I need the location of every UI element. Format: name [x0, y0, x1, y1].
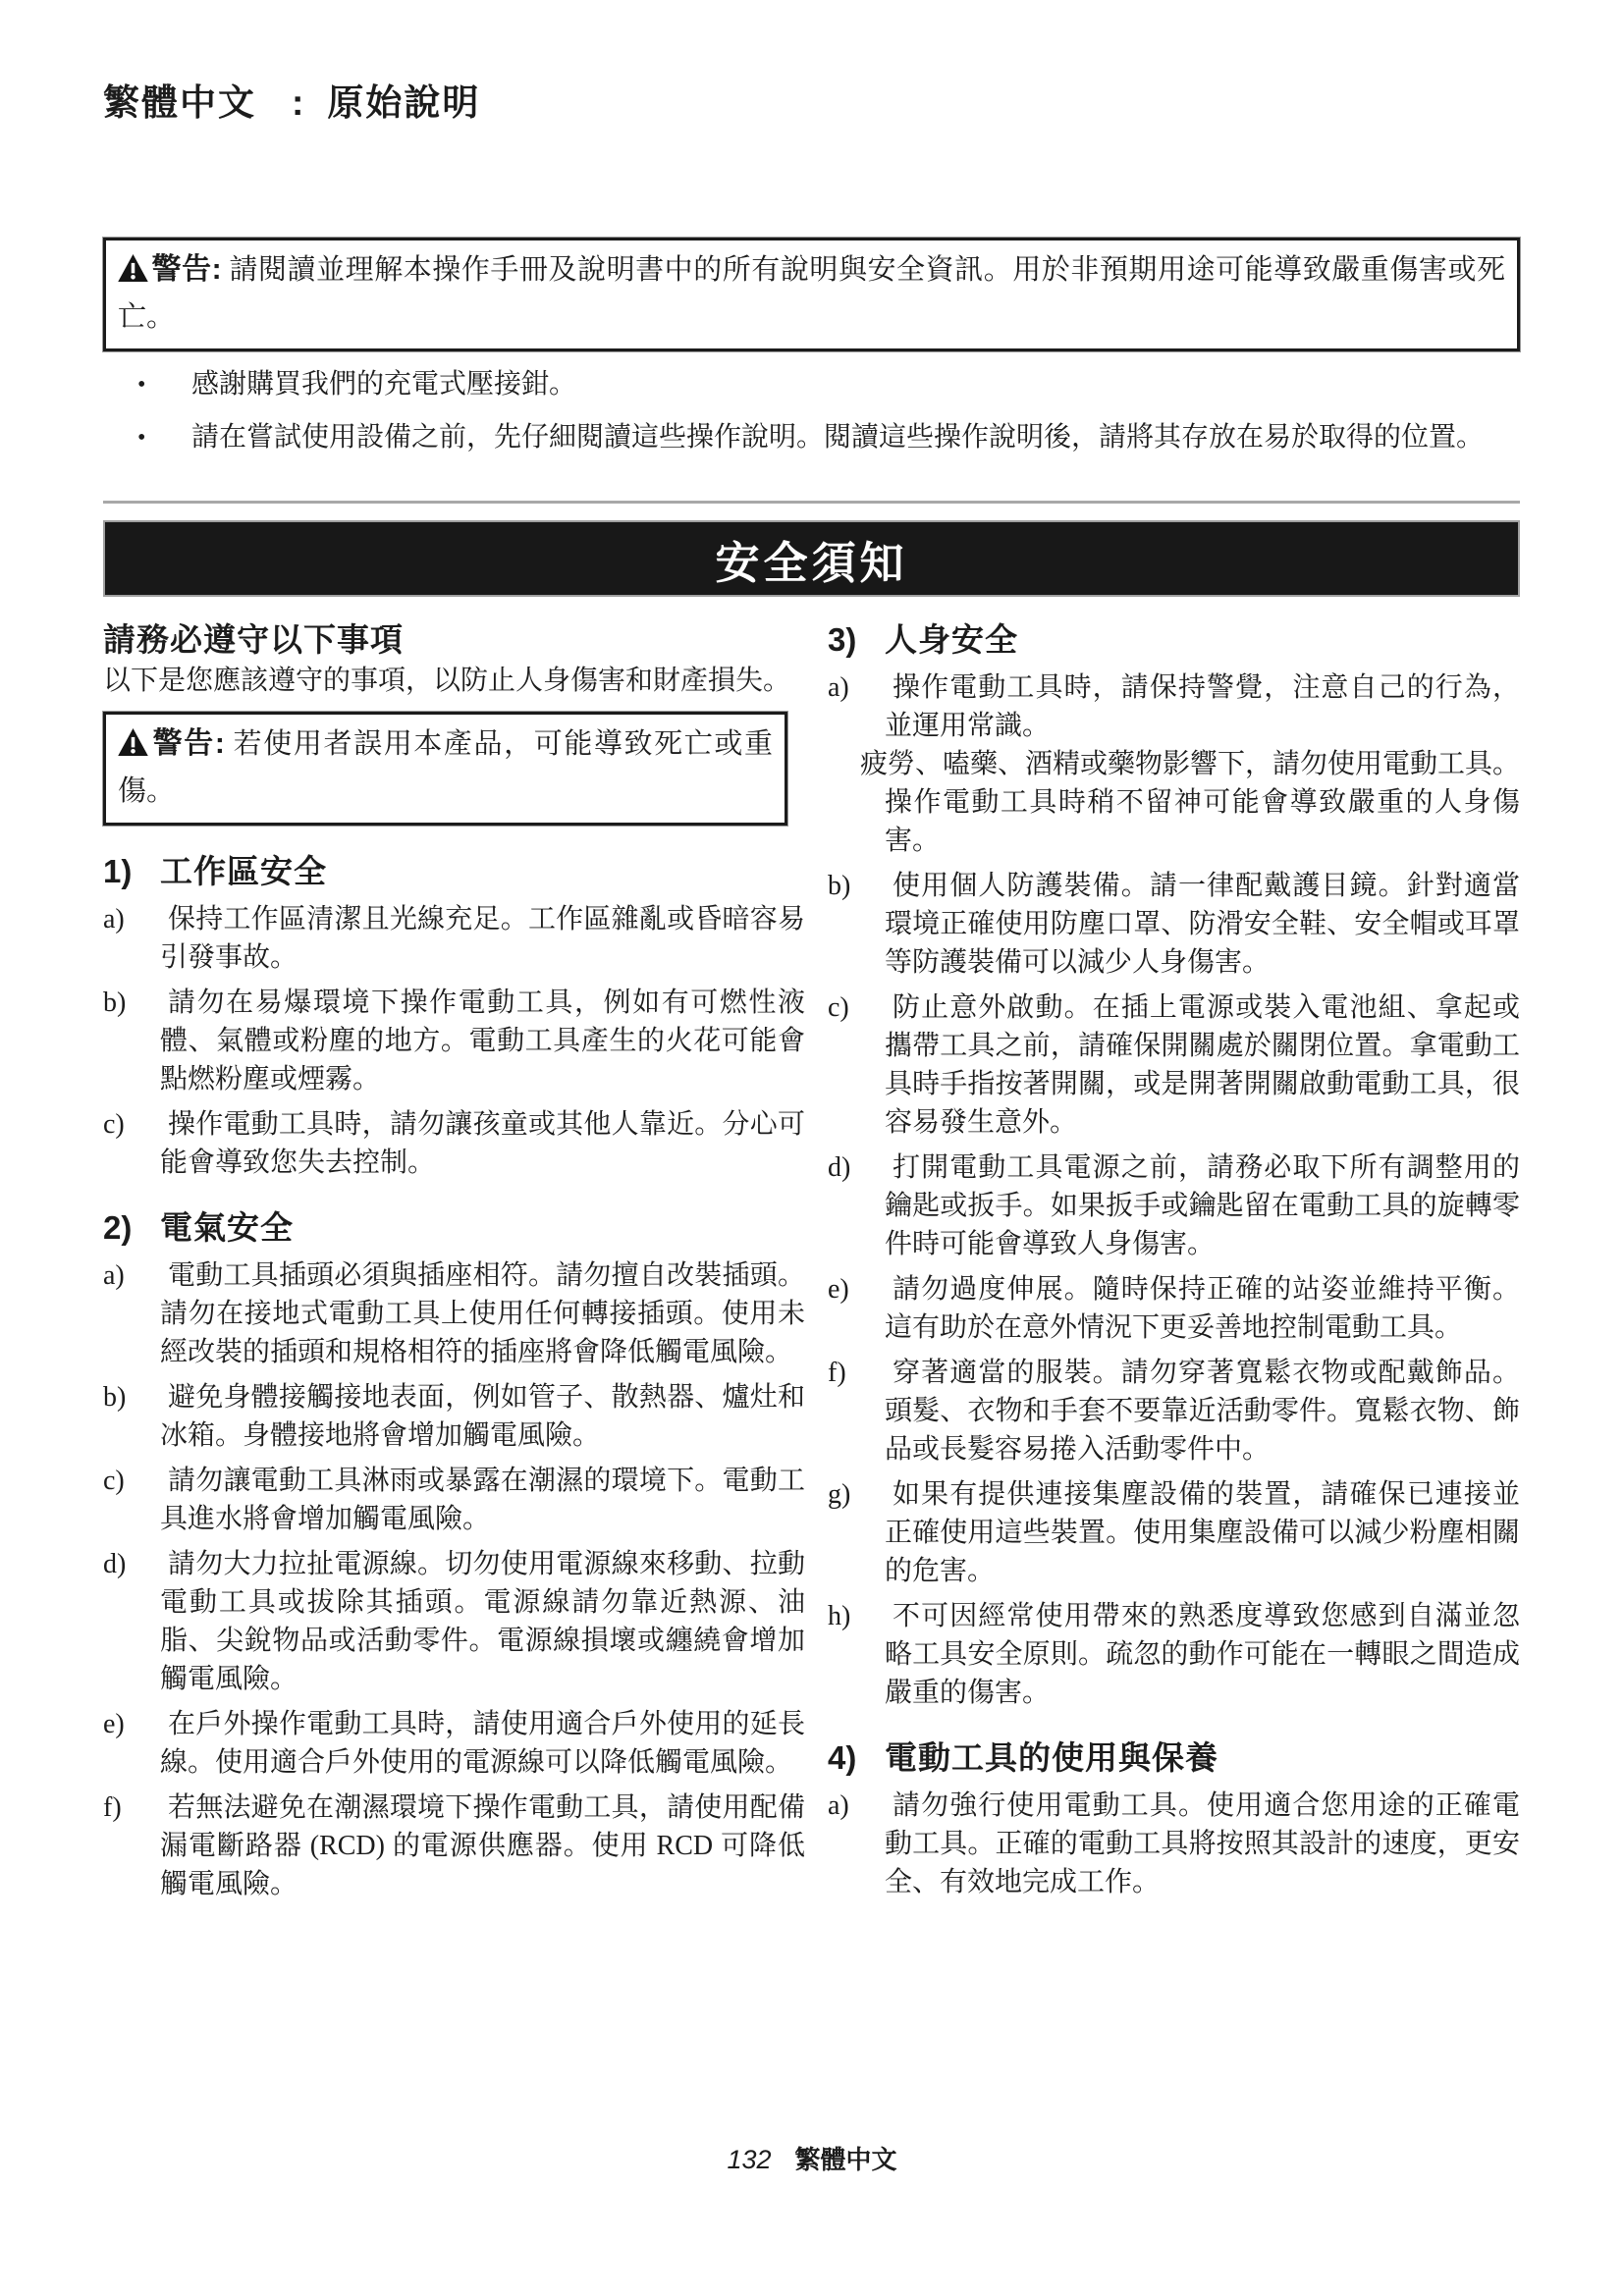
section-number: 4): [828, 1736, 885, 1780]
page-title: 繁體中文 : 原始說明: [103, 80, 1520, 126]
footer-language: 繁體中文: [795, 2140, 897, 2176]
item-text: 保持工作區清潔且光線充足。工作區雜亂或昏暗容易引發事故。: [160, 900, 805, 977]
safety-item: c) 防止意外啟動。在插上電源或裝入電池組、拿起或攜帶工具之前，請確保開關處於關…: [828, 988, 1520, 1142]
item-text: 如果有提供連接集塵設備的裝置，請確保已連接並正確使用這些裝置。使用集塵設備可以減…: [885, 1475, 1520, 1590]
section-title: 人身安全: [885, 618, 1018, 662]
intro-bullet-list: • 感謝購買我們的充電式壓接鉗。 • 請在嘗試使用設備之前，先仔細閱讀這些操作說…: [103, 365, 1520, 457]
warning-icon: [118, 725, 148, 770]
item-text: 防止意外啟動。在插上電源或裝入電池組、拿起或攜帶工具之前，請確保開關處於關閉位置…: [885, 988, 1520, 1142]
safety-item: h) 不可因經常使用帶來的熟悉度導致您感到自滿並忽略工具安全原則。疏忽的動作可能…: [828, 1597, 1520, 1712]
item-text: 避免身體接觸接地表面，例如管子、散熱器、爐灶和冰箱。身體接地將會增加觸電風險。: [160, 1378, 805, 1455]
bullet-icon: •: [103, 418, 191, 457]
manual-page: 繁體中文 : 原始說明 警告: 請閱讀並理解本操作手冊及說明書中的所有說明與安全…: [0, 0, 1624, 2296]
item-text: 打開電動工具電源之前，請務必取下所有調整用的鑰匙或扳手。如果扳手或鑰匙留在電動工…: [885, 1148, 1520, 1263]
item-text: 穿著適當的服裝。請勿穿著寬鬆衣物或配戴飾品。頭髮、衣物和手套不要靠近活動零件。寬…: [885, 1354, 1520, 1468]
safety-item: a) 請勿強行使用電動工具。使用適合您用途的正確電動工具。正確的電動工具將按照其…: [828, 1787, 1520, 1901]
warning-icon: [118, 251, 148, 295]
item-label: h): [828, 1597, 885, 1712]
safety-item: c) 操作電動工具時，請勿讓孩童或其他人靠近。分心可能會導致您失去控制。: [103, 1105, 805, 1182]
warning-label: 警告:: [151, 253, 222, 286]
item-text: 在戶外操作電動工具時，請使用適合戶外使用的延長線。使用適合戶外使用的電源線可以降…: [160, 1705, 805, 1782]
bullet-icon: •: [103, 365, 191, 404]
safety-item: g) 如果有提供連接集塵設備的裝置，請確保已連接並正確使用這些裝置。使用集塵設備…: [828, 1475, 1520, 1590]
item-text: 請勿讓電動工具淋雨或暴露在潮濕的環境下。電動工具進水將會增加觸電風險。: [160, 1462, 805, 1538]
item-text: 操作電動工具時，請勿讓孩童或其他人靠近。分心可能會導致您失去控制。: [160, 1105, 805, 1182]
bullet-text: 感謝購買我們的充電式壓接鉗。: [191, 365, 1520, 404]
section-number: 1): [103, 850, 160, 893]
item-label: a): [103, 900, 160, 977]
item-label: e): [103, 1705, 160, 1782]
divider-rule: [103, 501, 1520, 504]
item-text: 請勿在易爆環境下操作電動工具，例如有可燃性液體、氣體或粉塵的地方。電動工具產生的…: [160, 984, 805, 1098]
item-label: b): [103, 984, 160, 1098]
column-gap: [805, 618, 828, 1903]
item-label: a): [828, 1787, 885, 1901]
item-text: 請勿過度伸展。隨時保持正確的站姿並維持平衡。這有助於在意外情況下更妥善地控制電動…: [885, 1270, 1520, 1347]
section-title: 電動工具的使用與保養: [885, 1736, 1218, 1780]
content-columns: 請務必遵守以下事項 以下是您應該遵守的事項，以防止人身傷害和財產損失。 警告: …: [103, 618, 1520, 1903]
section-number: 2): [103, 1206, 160, 1250]
section-heading-work-area: 1) 工作區安全: [103, 850, 805, 893]
section-heading-electrical: 2) 電氣安全: [103, 1206, 805, 1250]
left-column-heading: 請務必遵守以下事項: [103, 618, 805, 662]
item-label: b): [103, 1378, 160, 1455]
safety-item: b) 請勿在易爆環境下操作電動工具，例如有可燃性液體、氣體或粉塵的地方。電動工具…: [103, 984, 805, 1098]
item-text: 若無法避免在潮濕環境下操作電動工具，請使用配備漏電斷路器 (RCD) 的電源供應…: [160, 1789, 805, 1903]
item-label: e): [828, 1270, 885, 1347]
page-footer: 132 繁體中文: [0, 2140, 1624, 2176]
safety-item: a) 電動工具插頭必須與插座相符。請勿擅自改裝插頭。請勿在接地式電動工具上使用任…: [103, 1256, 805, 1371]
safety-item: d) 請勿大力拉扯電源線。切勿使用電源線來移動、拉動電動工具或拔除其插頭。電源線…: [103, 1545, 805, 1698]
list-item: • 請在嘗試使用設備之前，先仔細閱讀這些操作說明。閱讀這些操作說明後，請將其存放…: [103, 418, 1520, 457]
item-text: 請勿強行使用電動工具。使用適合您用途的正確電動工具。正確的電動工具將按照其設計的…: [885, 1787, 1520, 1901]
banner-title: 安全須知: [715, 527, 907, 591]
safety-banner: 安全須知: [103, 520, 1520, 597]
item-label: c): [103, 1105, 160, 1182]
safety-item: a) 保持工作區清潔且光線充足。工作區雜亂或昏暗容易引發事故。: [103, 900, 805, 977]
safety-item: a) 操作電動工具時，請保持警覺，注意自己的行為，並運用常識。疲勞、嗑藥、酒精或…: [828, 668, 1520, 860]
item-label: d): [828, 1148, 885, 1263]
title-separator: :: [292, 80, 305, 126]
warning-label: 警告:: [151, 727, 225, 760]
safety-item: e) 在戶外操作電動工具時，請使用適合戶外使用的延長線。使用適合戶外使用的電源線…: [103, 1705, 805, 1782]
title-subtitle: 原始說明: [327, 80, 480, 126]
safety-item: b) 避免身體接觸接地表面，例如管子、散熱器、爐灶和冰箱。身體接地將會增加觸電風…: [103, 1378, 805, 1455]
item-label: f): [828, 1354, 885, 1468]
warning-text: 請閱讀並理解本操作手冊及說明書中的所有說明與安全資訊。用於非預期用途可能導致嚴重…: [118, 254, 1505, 333]
item-label: c): [828, 988, 885, 1142]
safety-item: d) 打開電動工具電源之前，請務必取下所有調整用的鑰匙或扳手。如果扳手或鑰匙留在…: [828, 1148, 1520, 1263]
bullet-text: 請在嘗試使用設備之前，先仔細閱讀這些操作說明。閱讀這些操作說明後，請將其存放在易…: [191, 418, 1520, 457]
page-number: 132: [727, 2145, 771, 2175]
safety-item: f) 穿著適當的服裝。請勿穿著寬鬆衣物或配戴飾品。頭髮、衣物和手套不要靠近活動零…: [828, 1354, 1520, 1468]
section-number: 3): [828, 618, 885, 662]
item-text: 操作電動工具時，請保持警覺，注意自己的行為，並運用常識。疲勞、嗑藥、酒精或藥物影…: [885, 668, 1520, 860]
list-item: • 感謝購買我們的充電式壓接鉗。: [103, 365, 1520, 404]
item-label: c): [103, 1462, 160, 1538]
item-text-main: 操作電動工具時，請保持警覺，注意自己的行為，並運用常識。: [885, 672, 1520, 741]
item-label: b): [828, 867, 885, 982]
section-title: 工作區安全: [160, 850, 327, 893]
item-text: 電動工具插頭必須與插座相符。請勿擅自改裝插頭。請勿在接地式電動工具上使用任何轉接…: [160, 1256, 805, 1371]
item-label: a): [103, 1256, 160, 1371]
section-title: 電氣安全: [160, 1206, 294, 1250]
item-label: d): [103, 1545, 160, 1698]
item-text: 使用個人防護裝備。請一律配戴護目鏡。針對適當環境正確使用防塵口罩、防滑安全鞋、安…: [885, 867, 1520, 982]
left-column: 請務必遵守以下事項 以下是您應該遵守的事項，以防止人身傷害和財產損失。 警告: …: [103, 618, 805, 1903]
right-column: 3) 人身安全 a) 操作電動工具時，請保持警覺，注意自己的行為，並運用常識。疲…: [828, 618, 1520, 1903]
item-text-continuation: 疲勞、嗑藥、酒精或藥物影響下，請勿使用電動工具。操作電動工具時稍不留神可能會導致…: [885, 745, 1520, 860]
safety-item: f) 若無法避免在潮濕環境下操作電動工具，請使用配備漏電斷路器 (RCD) 的電…: [103, 1789, 805, 1903]
left-column-intro: 以下是您應該遵守的事項，以防止人身傷害和財產損失。: [103, 662, 805, 701]
item-text: 請勿大力拉扯電源線。切勿使用電源線來移動、拉動電動工具或拔除其插頭。電源線請勿靠…: [160, 1545, 805, 1698]
item-label: g): [828, 1475, 885, 1590]
safety-item: e) 請勿過度伸展。隨時保持正確的站姿並維持平衡。這有助於在意外情況下更妥善地控…: [828, 1270, 1520, 1347]
section-heading-tool-use-care: 4) 電動工具的使用與保養: [828, 1736, 1520, 1780]
safety-item: c) 請勿讓電動工具淋雨或暴露在潮濕的環境下。電動工具進水將會增加觸電風險。: [103, 1462, 805, 1538]
title-language: 繁體中文: [103, 80, 256, 126]
section-heading-personal-safety: 3) 人身安全: [828, 618, 1520, 662]
item-label: f): [103, 1789, 160, 1903]
item-text: 不可因經常使用帶來的熟悉度導致您感到自滿並忽略工具安全原則。疏忽的動作可能在一轉…: [885, 1597, 1520, 1712]
top-warning-box: 警告: 請閱讀並理解本操作手冊及說明書中的所有說明與安全資訊。用於非預期用途可能…: [103, 238, 1520, 351]
safety-item: b) 使用個人防護裝備。請一律配戴護目鏡。針對適當環境正確使用防塵口罩、防滑安全…: [828, 867, 1520, 982]
misuse-warning-box: 警告: 若使用者誤用本產品，可能導致死亡或重傷。: [103, 712, 787, 826]
